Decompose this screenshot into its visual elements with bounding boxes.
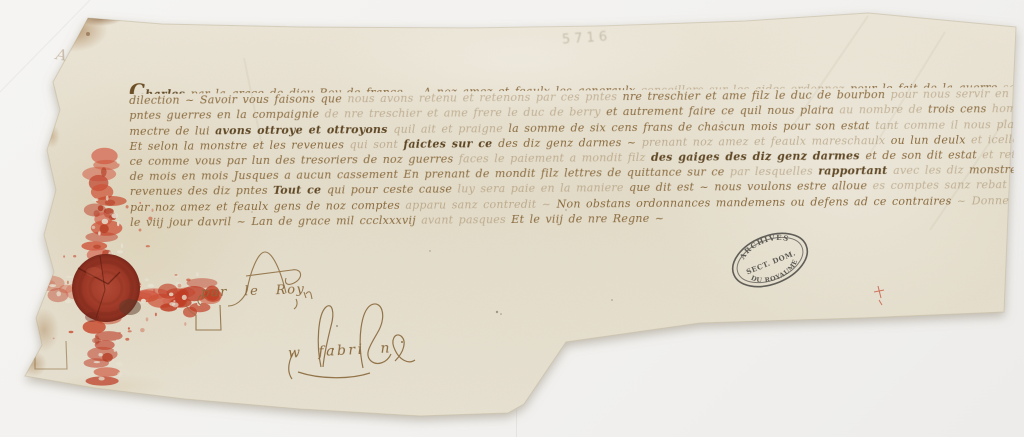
wax-blob xyxy=(92,226,96,229)
manuscript-text-segment: pour nous servir en noz xyxy=(891,87,1014,101)
manuscript-text-segment: En prenant de mondit filz lettres de qui… xyxy=(403,165,729,181)
manuscript-text-segment: Tout ce xyxy=(273,184,327,197)
wax-blob xyxy=(101,167,107,176)
wax-blob xyxy=(66,276,73,278)
manuscript-text-segment: dilection ~ Savoir vous faisons que xyxy=(129,92,347,107)
manuscript-text-segment: et autrement faire ce quil nous plaira xyxy=(606,104,839,119)
wax-blob xyxy=(193,291,195,294)
manuscript-text-segment: quil ait et praigne xyxy=(393,122,508,136)
manuscript-text-segment: Et le viij de nre Regne ~ xyxy=(511,211,664,225)
wax-blob xyxy=(93,245,101,249)
manuscript-text-segment: et de son dit estat xyxy=(865,148,982,162)
manuscript-text-segment: es comptes sanz rebat xyxy=(873,178,1008,192)
wax-blob xyxy=(126,205,129,208)
wax-blob xyxy=(111,213,118,218)
wax-blob xyxy=(117,250,123,253)
wax-blob xyxy=(145,278,149,281)
manuscript-text-segment: avant pasques xyxy=(421,213,511,227)
wax-blob xyxy=(146,317,149,321)
wax-blob xyxy=(92,338,101,344)
wax-blob xyxy=(49,284,56,287)
wax-blob xyxy=(39,270,44,273)
manuscript-text-segment: par noz amez et feaulx gens de noz compt… xyxy=(130,198,405,213)
manuscript-text-segment: rapportant xyxy=(818,164,893,178)
manuscript-text-segment: tant comme il nous plaira xyxy=(875,118,1013,132)
wax-blob xyxy=(102,353,113,362)
wax-blob xyxy=(63,255,65,258)
manuscript-text-segment: apparu sanz contredit ~ xyxy=(405,197,556,211)
wax-blob xyxy=(44,255,46,259)
wax-blob xyxy=(128,330,132,332)
manuscript-text: Charles par la grace de dieu Roy de fran… xyxy=(129,72,1014,231)
wax-blob xyxy=(155,313,157,317)
wax-blob xyxy=(186,279,190,282)
wax-blob xyxy=(31,289,33,291)
manuscript-text-segment: qui pour ceste cause xyxy=(327,183,458,197)
wax-blob xyxy=(106,195,109,200)
manuscript-text-segment: et icelles xyxy=(971,133,1014,146)
wax-blob xyxy=(98,231,101,235)
wax-blob xyxy=(53,338,55,340)
wax-blob xyxy=(178,284,182,288)
wax-blob xyxy=(141,299,146,304)
wax-blob xyxy=(114,349,117,352)
manuscript-text-segment: des gaiges des diz genz darmes xyxy=(651,149,866,164)
manuscript-text-segment: ce comme vous par lun des tresoriers de … xyxy=(130,152,459,168)
manuscript-text-segment: avec les diz xyxy=(893,164,969,178)
wax-blob xyxy=(105,200,115,206)
wax-blob xyxy=(147,284,154,288)
wax-blob xyxy=(118,332,121,334)
manuscript-text-segment: la somme de six cens frans de chascun mo… xyxy=(508,119,875,135)
manuscript-text-segment: de mois en mois Jusques a aucun cassemen… xyxy=(130,168,404,183)
wax-blob xyxy=(121,243,123,248)
manuscript-text-segment: mectre de lui xyxy=(129,124,215,138)
wax-blob xyxy=(94,361,101,363)
wax-blob xyxy=(128,327,130,329)
wax-blob xyxy=(56,291,61,296)
wax-blob xyxy=(73,255,76,257)
manuscript-text-segment: ~ Donne a paris xyxy=(957,194,1014,207)
manuscript-text-segment: hommes darmes xyxy=(992,102,1014,115)
wax-blob xyxy=(116,340,119,342)
wax-blob xyxy=(27,279,41,289)
wax-blob xyxy=(196,272,199,276)
wax-blob xyxy=(182,295,187,300)
manuscript-text-segment: trois cens xyxy=(928,103,992,117)
wax-blob xyxy=(39,288,42,292)
manuscript-text-segment: faictes sur ce xyxy=(403,137,498,151)
manuscript-text-segment: et retenue xyxy=(982,148,1013,161)
manuscript-text-segment: des diz genz darmes ~ xyxy=(498,136,642,150)
manuscript-text-segment: avons ottroye et ottroyons xyxy=(215,122,393,136)
manuscript-text-segment: nre treschier et ame filz le duc de bour… xyxy=(622,88,890,103)
wax-blob xyxy=(169,293,174,297)
wax-blob xyxy=(125,338,129,341)
wax-blob xyxy=(153,289,155,293)
manuscript-text-segment: pntes guerres en la compaignie xyxy=(129,108,325,123)
wax-blob xyxy=(99,377,105,381)
manuscript-text-segment: ou lun deulx xyxy=(891,133,971,147)
wax-blob xyxy=(92,200,98,202)
manuscript-text-segment: Et selon la monstre et les revenues xyxy=(129,138,349,153)
wax-blob xyxy=(140,328,145,332)
wax-blob xyxy=(67,281,69,285)
wax-blob xyxy=(146,245,150,247)
manuscript-photo: ARCHIVES SECT. DOM. DU ROYAUME Charles p… xyxy=(0,0,1024,437)
wax-blob xyxy=(98,205,104,211)
manuscript-text-segment: que dit est ~ nous voulons estre alloue xyxy=(629,179,873,194)
wax-blob xyxy=(173,300,175,302)
manuscript-text-segment: faces le paiement a mondit filz xyxy=(459,151,651,166)
wax-blob xyxy=(65,300,72,303)
manuscript-text-segment: nous avons retenu et retenons par ces pn… xyxy=(347,90,622,105)
manuscript-text-segment: qui sont xyxy=(349,138,403,151)
wax-blob xyxy=(94,210,100,217)
wax-blob xyxy=(184,322,186,326)
wax-blob xyxy=(69,331,74,333)
wax-blob xyxy=(98,353,102,356)
wax-blob xyxy=(35,303,40,306)
wax-blob xyxy=(158,284,178,299)
wax-blob xyxy=(94,367,120,377)
manuscript-text-segment: monstres xyxy=(969,163,1014,176)
manuscript-text-segment: revenues des diz pntes xyxy=(130,184,273,198)
wax-blob xyxy=(175,274,178,275)
wax-blob xyxy=(85,232,118,242)
wax-blob xyxy=(117,158,121,163)
wax-blob xyxy=(117,221,119,226)
wax-blob xyxy=(100,224,109,233)
wax-blob xyxy=(172,302,179,307)
manuscript-text-segment: par lesquelles xyxy=(730,165,818,179)
wax-blob xyxy=(37,277,43,280)
wax-blob xyxy=(102,251,104,254)
manuscript-text-segment: Non obstans ordonnances mandemens ou def… xyxy=(557,194,957,210)
wax-blob xyxy=(117,372,121,377)
manuscript-text-segment: au nombre de xyxy=(839,103,928,117)
manuscript-text-segment: prenant noz amez et feaulx mareschaulx xyxy=(642,134,891,149)
manuscript-text-segment: de nre treschier et ame frere le duc de … xyxy=(325,106,607,121)
manuscript-text-segment: le viij jour davril ~ Lan de grace mil c… xyxy=(130,213,421,228)
manuscript-text-segment: luy sera paie en la maniere xyxy=(457,181,629,195)
wax-blob xyxy=(116,362,123,366)
wax-blob xyxy=(102,219,109,224)
